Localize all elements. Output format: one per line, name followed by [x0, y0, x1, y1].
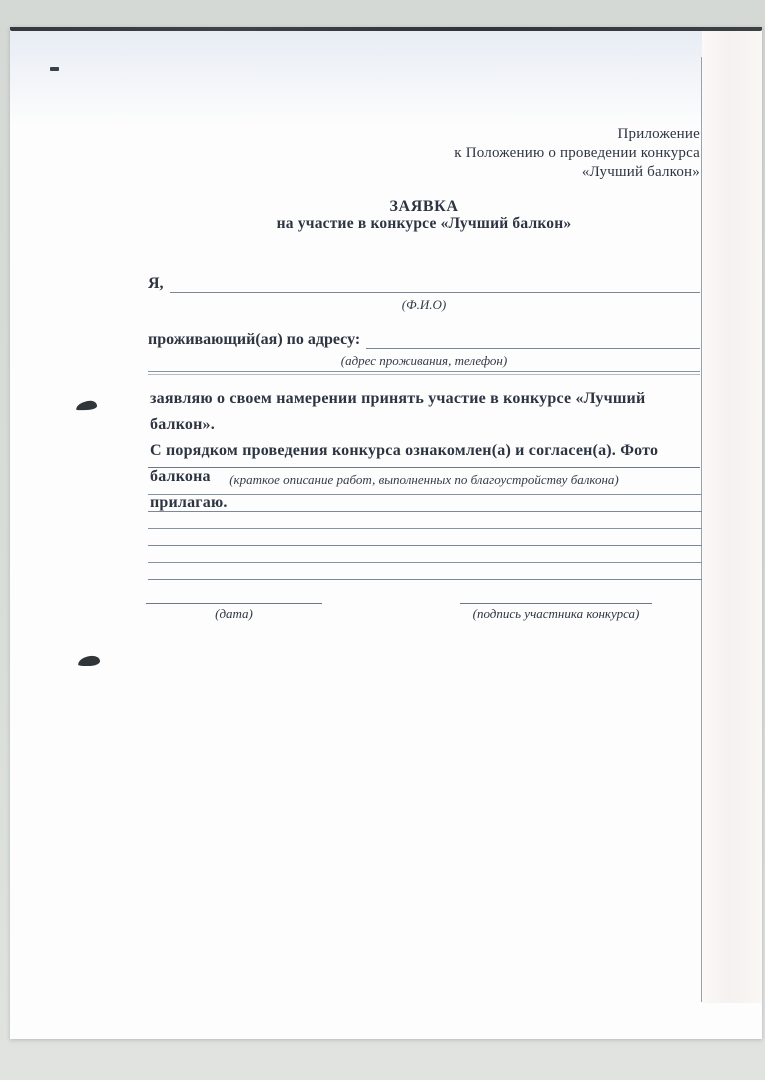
date-field: (дата): [146, 587, 322, 622]
address-field-caption: (адрес проживания, телефон): [148, 353, 700, 368]
statement-line: заявляю о своем намерении принять участи…: [150, 386, 706, 438]
name-fill-line: [170, 289, 700, 293]
ruled-line: [148, 512, 702, 529]
address-field-label: проживающий(ая) по адресу:: [148, 331, 360, 349]
scan-dash-artifact: [50, 67, 59, 71]
signature-fill-line: [460, 587, 652, 604]
name-field-row: Я,: [148, 275, 700, 293]
name-field-caption: (Ф.И.О): [148, 297, 700, 312]
name-field-label: Я,: [148, 275, 164, 293]
description-blank-lines: [148, 478, 702, 580]
signature-field: (подпись участника конкурса): [460, 587, 652, 622]
annex-line: к Положению о проведении конкурса: [454, 144, 700, 163]
ruled-line: [148, 546, 702, 563]
annex-header: Приложение к Положению о проведении конк…: [454, 125, 700, 182]
address-field-row: проживающий(ая) по адресу:: [148, 331, 700, 349]
document-title: ЗАЯВКА: [148, 198, 700, 215]
ruled-line: [148, 563, 702, 580]
scanned-page: Приложение к Положению о проведении конк…: [10, 27, 762, 1039]
annex-line: Приложение: [454, 125, 700, 144]
ruled-line: [148, 529, 702, 546]
signature-caption: (подпись участника конкурса): [460, 606, 652, 622]
address-fill-line: [366, 345, 700, 349]
annex-line: «Лучший балкон»: [454, 163, 700, 182]
page-fold-strip: [702, 31, 762, 1003]
description-top-ruled-line: [148, 467, 700, 468]
address-extra-ruled-line: [148, 371, 700, 375]
ruled-line: [148, 478, 702, 495]
date-caption: (дата): [146, 606, 322, 622]
hole-punch-smudge: [78, 656, 100, 667]
scan-tint-overlay: [10, 31, 762, 126]
date-fill-line: [146, 587, 322, 604]
document-title-block: ЗАЯВКА на участие в конкурсе «Лучший бал…: [148, 198, 700, 233]
document-subtitle: на участие в конкурсе «Лучший балкон»: [148, 215, 700, 233]
hole-punch-smudge: [76, 400, 97, 410]
ruled-line: [148, 495, 702, 512]
page-top-edge-shadow: [10, 27, 762, 31]
